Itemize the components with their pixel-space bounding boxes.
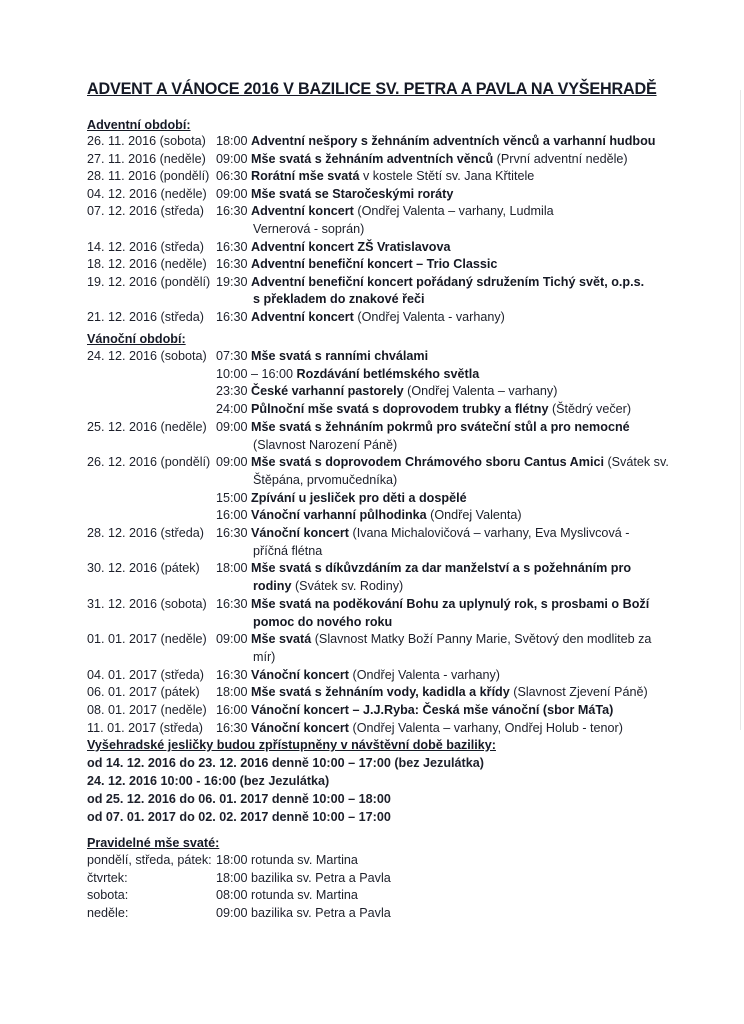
event-title: Mše svatá s žehnáním vody, kadidla a kří… [251,685,510,699]
event-date: 30. 12. 2016 (pátek) [87,560,200,576]
event-date: 25. 12. 2016 (neděle) [87,419,207,435]
event-time: 16:30 [216,204,251,218]
event-time: 10:00 – 16:00 [216,367,297,381]
christmas-heading: Vánoční období: [87,332,186,346]
event-title: Rorátní mše svatá [251,169,360,183]
event-description: 19:30 Adventní benefiční koncert pořádan… [216,274,644,290]
event-description: 18:00 Mše svatá s žehnáním vody, kadidla… [216,684,648,700]
nativity-hours-line: od 14. 12. 2016 do 23. 12. 2016 denně 10… [87,756,484,770]
event-note: (Slavnost Matky Boží Panny Marie, Světov… [311,632,651,646]
event-description: 16:00 Vánoční varhanní půlhodinka (Ondře… [216,507,522,523]
event-description: 24:00 Půlnoční mše svatá s doprovodem tr… [216,401,631,417]
event-title: Adventní benefiční koncert pořádaný sdru… [251,275,644,289]
event-title: Mše svatá s ranními chválami [251,349,428,363]
event-date: 11. 01. 2017 (středa) [87,720,203,736]
event-description: mír) [253,649,275,665]
event-title: Rozdávání betlémského světla [297,367,480,381]
event-time: 19:30 [216,275,251,289]
event-time: 15:00 [216,491,251,505]
event-description: 18:00 Mše svatá s díkůvzdáním za dar man… [216,560,631,576]
event-note: (Ondřej Valenta) [427,508,522,522]
event-description: rodiny (Svátek sv. Rodiny) [253,578,403,594]
event-note: mír) [253,650,275,664]
event-description: pomoc do nového roku [253,614,392,630]
page-title: ADVENT A VÁNOCE 2016 V BAZILICE SV. PETR… [87,80,657,99]
event-title: rodiny [253,579,291,593]
event-date: 31. 12. 2016 (sobota) [87,596,207,612]
event-title: Mše svatá s díkůvzdáním za dar manželstv… [251,561,631,575]
document-page: ADVENT A VÁNOCE 2016 V BAZILICE SV. PETR… [0,0,744,1024]
event-time: 09:00 [216,632,251,646]
event-description: Štěpána, prvomučedníka) [253,472,397,488]
event-description: 16:30 Vánoční koncert (Ivana Michalovičo… [216,525,629,541]
event-date: 07. 12. 2016 (středa) [87,203,204,219]
event-note: (Ondřej Valenta - varhany) [354,310,505,324]
event-time: 09:00 [216,152,251,166]
regular-masses-heading: Pravidelné mše svaté: [87,836,219,850]
event-date: 28. 12. 2016 (středa) [87,525,204,541]
event-time: 16:30 [216,721,251,735]
event-note: (Svátek sv. Rodiny) [291,579,403,593]
event-time: 16:30 [216,310,251,324]
event-time: 09:00 [216,455,251,469]
event-time: 23:30 [216,384,251,398]
scan-edge [740,90,741,730]
event-time: 16:30 [216,526,251,540]
event-description: 09:00 Mše svatá se Staročeskými roráty [216,186,453,202]
nativity-hours-line: 24. 12. 2016 10:00 - 16:00 (bez Jezulátk… [87,774,329,788]
event-title: Vánoční koncert [251,721,349,735]
event-description: Vernerová - soprán) [253,221,364,237]
event-title: Vánoční koncert [251,526,349,540]
event-time: 09:00 [216,420,251,434]
event-title: Adventní koncert [251,204,354,218]
event-time: 06:30 [216,169,251,183]
event-title: Mše svatá s žehnáním adventních věnců [251,152,493,166]
event-time: 16:30 [216,240,251,254]
event-date: 26. 11. 2016 (sobota) [87,133,206,149]
mass-time-place: 18:00 bazilika sv. Petra a Pavla [216,871,391,885]
nativity-heading: Vyšehradské jesličky budou zpřístupněny … [87,738,496,752]
mass-time-place: 08:00 rotunda sv. Martina [216,888,358,902]
event-description: 16:30 Mše svatá na poděkování Bohu za up… [216,596,649,612]
event-time: 18:00 [216,685,251,699]
event-title: Zpívání u jesliček pro děti a dospělé [251,491,467,505]
event-description: 16:30 Adventní benefiční koncert – Trio … [216,256,497,272]
event-description: 09:00 Mše svatá s žehnáním pokrmů pro sv… [216,419,630,435]
event-note: příčná flétna [253,544,322,558]
event-title: pomoc do nového roku [253,615,392,629]
event-date: 28. 11. 2016 (pondělí) [87,168,209,184]
event-title: Adventní benefiční koncert – Trio Classi… [251,257,497,271]
event-description: 15:00 Zpívání u jesliček pro děti a dosp… [216,490,467,506]
event-title: České varhanní pastorely [251,384,404,398]
event-time: 16:00 [216,703,251,717]
event-title: Vánoční koncert [251,668,349,682]
event-title: Mše svatá na poděkování Bohu za uplynulý… [251,597,649,611]
event-description: 09:00 Mše svatá s doprovodem Chrámového … [216,454,669,470]
event-note: (Ondřej Valenta – varhany) [404,384,558,398]
event-note: (Štědrý večer) [548,402,631,416]
event-description: s překladem do znakové řeči [253,291,425,307]
event-description: 16:30 Adventní koncert ZŠ Vratislavova [216,239,451,255]
event-description: 16:00 Vánoční koncert – J.J.Ryba: Česká … [216,702,613,718]
event-note: (Svátek sv. [604,455,669,469]
event-note: Štěpána, prvomučedníka) [253,473,397,487]
event-description: 07:30 Mše svatá s ranními chválami [216,348,428,364]
event-date: 06. 01. 2017 (pátek) [87,684,200,700]
event-description: příčná flétna [253,543,322,559]
event-date: 04. 01. 2017 (středa) [87,667,204,683]
event-date: 21. 12. 2016 (středa) [87,309,204,325]
event-description: 16:30 Adventní koncert (Ondřej Valenta -… [216,309,505,325]
event-note: (První adventní neděle) [493,152,627,166]
event-description: 23:30 České varhanní pastorely (Ondřej V… [216,383,557,399]
event-date: 19. 12. 2016 (pondělí) [87,274,210,290]
event-title: Adventní nešpory s žehnáním adventních v… [251,134,655,148]
event-title: Adventní koncert ZŠ Vratislavova [251,240,450,254]
event-title: Mše svatá s žehnáním pokrmů pro sváteční… [251,420,630,434]
nativity-hours-line: od 25. 12. 2016 do 06. 01. 2017 denně 10… [87,792,391,806]
mass-days: čtvrtek: [87,871,128,885]
event-date: 18. 12. 2016 (neděle) [87,256,207,272]
event-title: Půlnoční mše svatá s doprovodem trubky a… [251,402,548,416]
advent-heading: Adventní období: [87,118,191,132]
event-date: 04. 12. 2016 (neděle) [87,186,207,202]
event-description: 16:30 Adventní koncert (Ondřej Valenta –… [216,203,554,219]
event-description: 06:30 Rorátní mše svatá v kostele Stětí … [216,168,534,184]
event-time: 09:00 [216,187,251,201]
event-title: s překladem do znakové řeči [253,292,425,306]
event-time: 18:00 [216,134,251,148]
event-time: 24:00 [216,402,251,416]
event-date: 27. 11. 2016 (neděle) [87,151,206,167]
event-description: 16:30 Vánoční koncert (Ondřej Valenta – … [216,720,623,736]
event-note: (Slavnost Zjevení Páně) [510,685,648,699]
nativity-hours-line: od 07. 01. 2017 do 02. 02. 2017 denně 10… [87,810,391,824]
event-title: Vánoční koncert – J.J.Ryba: Česká mše vá… [251,703,613,717]
event-description: 18:00 Adventní nešpory s žehnáním advent… [216,133,656,149]
event-description: 09:00 Mše svatá s žehnáním adventních vě… [216,151,628,167]
event-note: (Ondřej Valenta - varhany) [349,668,500,682]
mass-days: pondělí, středa, pátek: [87,853,212,867]
event-title: Mše svatá [251,632,311,646]
event-description: 16:30 Vánoční koncert (Ondřej Valenta - … [216,667,500,683]
event-note: (Ivana Michalovičová – varhany, Eva Mysl… [349,526,629,540]
event-description: 10:00 – 16:00 Rozdávání betlémského svět… [216,366,479,382]
event-title: Mše svatá se Staročeskými roráty [251,187,453,201]
event-title: Adventní koncert [251,310,354,324]
event-date: 14. 12. 2016 (středa) [87,239,204,255]
event-date: 08. 01. 2017 (neděle) [87,702,207,718]
event-title: Mše svatá s doprovodem Chrámového sboru … [251,455,604,469]
mass-time-place: 18:00 rotunda sv. Martina [216,853,358,867]
event-time: 18:00 [216,561,251,575]
event-date: 24. 12. 2016 (sobota) [87,348,207,364]
event-date: 01. 01. 2017 (neděle) [87,631,207,647]
event-time: 16:30 [216,257,251,271]
event-note: v kostele Stětí sv. Jana Křtitele [360,169,535,183]
mass-time-place: 09:00 bazilika sv. Petra a Pavla [216,906,391,920]
event-note: (Ondřej Valenta – varhany, Ludmila [354,204,554,218]
event-note: (Slavnost Narození Páně) [253,438,397,452]
event-description: (Slavnost Narození Páně) [253,437,397,453]
event-time: 07:30 [216,349,251,363]
event-time: 16:30 [216,597,251,611]
mass-days: sobota: [87,888,128,902]
mass-days: neděle: [87,906,128,920]
event-title: Vánoční varhanní půlhodinka [251,508,427,522]
event-time: 16:30 [216,668,251,682]
event-description: 09:00 Mše svatá (Slavnost Matky Boží Pan… [216,631,651,647]
event-note: (Ondřej Valenta – varhany, Ondřej Holub … [349,721,623,735]
event-time: 16:00 [216,508,251,522]
event-note: Vernerová - soprán) [253,222,364,236]
event-date: 26. 12. 2016 (pondělí) [87,454,210,470]
